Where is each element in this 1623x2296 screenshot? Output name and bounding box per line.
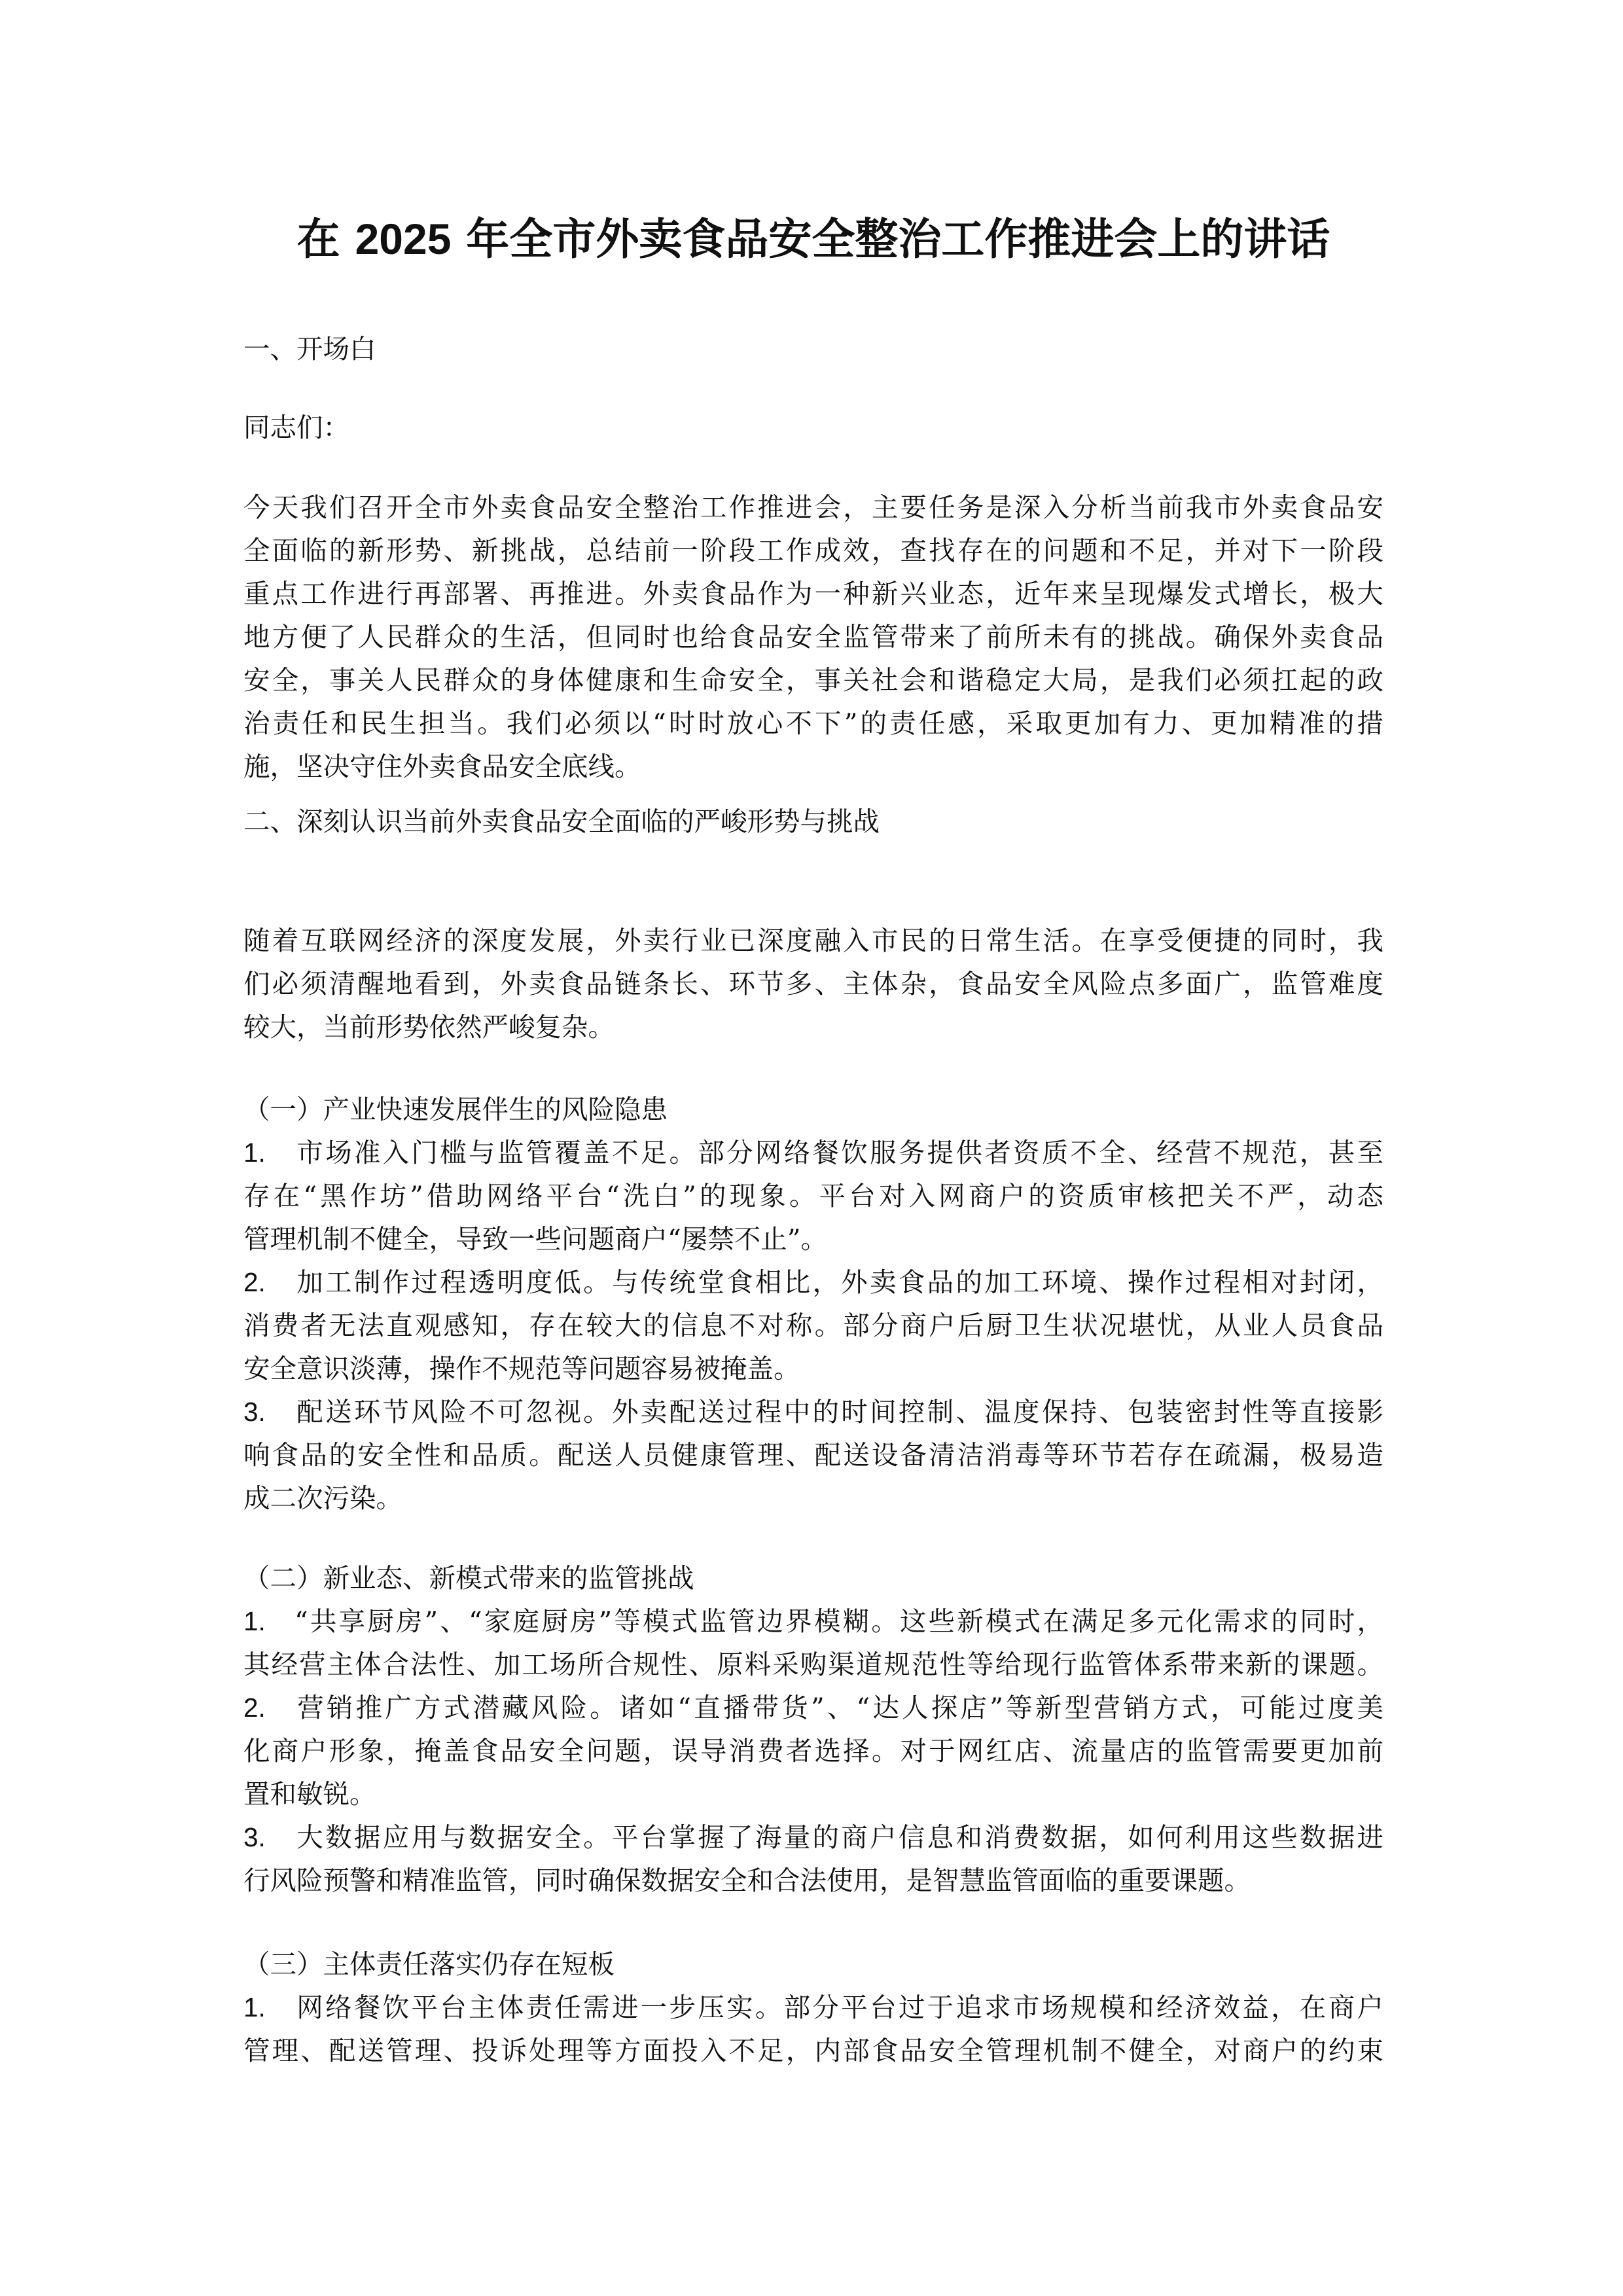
paragraph-line: 地方便了人民群众的生活，但同时也给食品安全监管带来了前所未有的挑战。确保外卖食品 (243, 615, 1383, 658)
list-item-line: 1.“共享厨房”、“家庭厨房”等模式监管边界模糊。这些新模式在满足多元化需求的同… (243, 1600, 1383, 1643)
paragraph-line: 重点工作进行再部署、再推进。外卖食品作为一种新兴业态，近年来呈现爆发式增长，极大 (243, 572, 1383, 615)
item-number: 1. (243, 1131, 294, 1174)
paragraph-line: 较大，当前形势依然严峻复杂。 (243, 1005, 1383, 1049)
paragraph-line: 全面临的新形势、新挑战，总结前一阶段工作成效，查找存在的问题和不足，并对下一阶段 (243, 529, 1383, 572)
list-item-line: 行风险预警和精准监管，同时确保数据安全和合法使用，是智慧监管面临的重要课题。 (243, 1859, 1383, 1902)
item-number: 1. (243, 1600, 294, 1643)
paragraph-line: 们必须清醒地看到，外卖食品链条长、环节多、主体杂，食品安全风险点多面广，监管难度 (243, 962, 1383, 1005)
list-item-line: 2.加工制作过程透明度低。与传统堂食相比，外卖食品的加工环境、操作过程相对封闭， (243, 1261, 1383, 1304)
title-year: 2025 (355, 215, 452, 263)
list-item-line: 安全意识淡薄，操作不规范等问题容易被掩盖。 (243, 1347, 1383, 1390)
paragraph-line: 安全，事关人民群众的身体健康和生命安全，事关社会和谐稳定大局，是我们必须扛起的政 (243, 658, 1383, 702)
list-item-line: 消费者无法直观感知，存在较大的信息不对称。部分商户后厨卫生状况堪忧，从业人员食品 (243, 1304, 1383, 1347)
paragraph-line: 治责任和民生担当。我们必须以“时时放心不下”的责任感，采取更加有力、更加精准的措 (243, 702, 1383, 745)
list-item-line: 化商户形象，掩盖食品安全问题，误导消费者选择。对于网红店、流量店的监管需要更加前 (243, 1729, 1383, 1772)
section-heading-opening: 一、开场白 (243, 327, 376, 370)
item-number: 2. (243, 1686, 294, 1729)
list-item-line: 1.市场准入门槛与监管覆盖不足。部分网络餐饮服务提供者资质不全、经营不规范，甚至 (243, 1131, 1383, 1174)
list-item-line: 响食品的安全性和品质。配送人员健康管理、配送设备清洁消毒等环节若存在疏漏，极易造 (243, 1433, 1383, 1477)
greeting: 同志们： (243, 406, 349, 449)
subsection-heading-3: （三）主体责任落实仍存在短板 (243, 1943, 615, 1986)
subsection-3-items: 1.网络餐饮平台主体责任需进一步压实。部分平台过于追求市场规模和经济效益，在商户… (243, 1986, 1383, 2072)
opening-paragraph: 今天我们召开全市外卖食品安全整治工作推进会，主要任务是深入分析当前我市外卖食品安… (243, 486, 1383, 788)
list-item-line: 存在“黑作坊”借助网络平台“洗白”的现象。平台对入网商户的资质审核把关不严，动态 (243, 1174, 1383, 1217)
subsection-heading-1: （一）产业快速发展伴生的风险隐患 (243, 1088, 668, 1131)
list-item-line: 3.配送环节风险不可忽视。外卖配送过程中的时间控制、温度保持、包装密封性等直接影 (243, 1390, 1383, 1433)
list-item-line: 3.大数据应用与数据安全。平台掌握了海量的商户信息和消费数据，如何利用这些数据进 (243, 1816, 1383, 1859)
subsection-2-items: 1.“共享厨房”、“家庭厨房”等模式监管边界模糊。这些新模式在满足多元化需求的同… (243, 1600, 1383, 1902)
title-prefix: 在 (297, 213, 340, 264)
item-number: 2. (243, 1261, 294, 1304)
list-item-line: 2.营销推广方式潜藏风险。诸如“直播带货”、“达人探店”等新型营销方式，可能过度… (243, 1686, 1383, 1729)
item-number: 3. (243, 1816, 294, 1859)
list-item-line: 其经营主体合法性、加工场所合规性、原料采购渠道规范性等给现行监管体系带来新的课题… (243, 1643, 1383, 1686)
paragraph-line: 今天我们召开全市外卖食品安全整治工作推进会，主要任务是深入分析当前我市外卖食品安 (243, 486, 1383, 529)
list-item-line: 管理、配送管理、投诉处理等方面投入不足，内部食品安全管理机制不健全，对商户的约束 (243, 2029, 1383, 2072)
list-item-line: 成二次污染。 (243, 1477, 1383, 1520)
situation-intro-paragraph: 随着互联网经济的深度发展，外卖行业已深度融入市民的日常生活。在享受便捷的同时，我… (243, 919, 1383, 1049)
item-number: 1. (243, 1986, 294, 2029)
subsection-heading-2: （二）新业态、新模式带来的监管挑战 (243, 1556, 694, 1600)
subsection-1-items: 1.市场准入门槛与监管覆盖不足。部分网络餐饮服务提供者资质不全、经营不规范，甚至… (243, 1131, 1383, 1520)
list-item-line: 管理机制不健全，导致一些问题商户“屡禁不止”。 (243, 1217, 1383, 1261)
list-item-line: 1.网络餐饮平台主体责任需进一步压实。部分平台过于追求市场规模和经济效益，在商户 (243, 1986, 1383, 2029)
paragraph-line: 施，坚决守住外卖食品安全底线。 (243, 745, 1383, 788)
document-title: 在 2025 年全市外卖食品安全整治工作推进会上的讲话 (243, 209, 1383, 268)
section-heading-situation: 二、深刻认识当前外卖食品安全面临的严峻形势与挑战 (243, 800, 880, 843)
title-suffix: 年全市外卖食品安全整治工作推进会上的讲话 (466, 213, 1330, 264)
paragraph-line: 随着互联网经济的深度发展，外卖行业已深度融入市民的日常生活。在享受便捷的同时，我 (243, 919, 1383, 962)
item-number: 3. (243, 1390, 294, 1433)
list-item-line: 置和敏锐。 (243, 1772, 1383, 1816)
